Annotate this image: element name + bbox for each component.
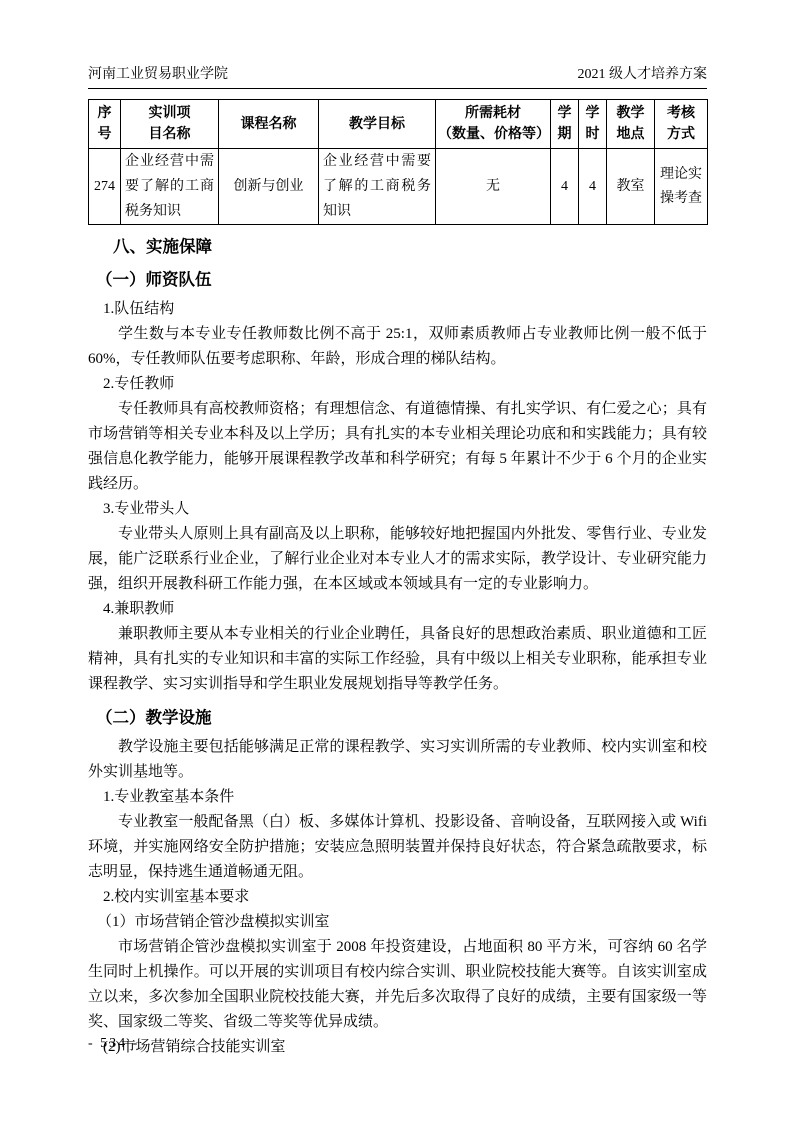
table-header-row: 序 号 实训项 目名称 课程名称 教学目标 所需耗材 （数量、价格等） 学 期 … <box>89 100 708 149</box>
item-classroom-conditions: 1.专业教室基本条件 <box>88 785 707 810</box>
subitem-sandbox-training-room: （1）市场营销企管沙盘模拟实训室 <box>88 910 707 935</box>
item-team-structure: 1.队伍结构 <box>88 297 707 322</box>
cell-project-name: 企业经营中需要了解的工商税务知识 <box>121 149 219 225</box>
item-fulltime-teachers: 2.专任教师 <box>88 372 707 397</box>
col-header-teaching-objective: 教学目标 <box>319 100 436 149</box>
subsection-heading-faculty: （一）师资队伍 <box>88 267 707 292</box>
col-header-assessment: 考核 方式 <box>655 100 708 149</box>
col-header-project-name: 实训项 目名称 <box>121 100 219 149</box>
school-name: 河南工业贸易职业学院 <box>88 66 228 83</box>
col-header-no: 序 号 <box>89 100 121 149</box>
para-sandbox-training-room: 市场营销企管沙盘模拟实训室于 2008 年投资建设，占地面积 80 平方米，可容… <box>88 935 707 1035</box>
cell-no: 274 <box>89 149 121 225</box>
para-classroom-conditions: 专业教室一般配备黑（白）板、多媒体计算机、投影设备、音响设备，互联网接入或 Wi… <box>88 810 707 885</box>
cell-materials: 无 <box>436 149 551 225</box>
col-header-materials: 所需耗材 （数量、价格等） <box>436 100 551 149</box>
cell-course-name: 创新与创业 <box>219 149 319 225</box>
para-teaching-facilities-intro: 教学设施主要包括能够满足正常的课程教学、实习实训所需的专业教师、校内实训室和校外… <box>88 735 707 785</box>
program-title: 2021 级人才培养方案 <box>578 66 708 83</box>
para-program-leader: 专业带头人原则上具有副高及以上职称，能够较好地把握国内外批发、零售行业、专业发展… <box>88 522 707 597</box>
col-header-semester: 学 期 <box>551 100 579 149</box>
para-team-structure: 学生数与本专业专任教师数比例不高于 25:1，双师素质教师占专业教师比例一般不低… <box>88 322 707 372</box>
document-page: 河南工业贸易职业学院 2021 级人才培养方案 序 号 实训项 目名称 课程名称… <box>0 0 793 1060</box>
document-body: 八、实施保障 （一）师资队伍 1.队伍结构 学生数与本专业专任教师数比例不高于 … <box>88 234 707 1060</box>
cell-teaching-objective: 企业经营中需要了解的工商税务知识 <box>319 149 436 225</box>
page-number: - 534 - <box>88 1036 139 1052</box>
cell-location: 教室 <box>607 149 655 225</box>
col-header-location: 教学 地点 <box>607 100 655 149</box>
subsection-heading-teaching-facilities: （二）教学设施 <box>88 705 707 730</box>
cell-hours: 4 <box>579 149 607 225</box>
item-parttime-teachers: 4.兼职教师 <box>88 597 707 622</box>
cell-semester: 4 <box>551 149 579 225</box>
cell-assessment: 理论实操考查 <box>655 149 708 225</box>
subitem-marketing-skills-training-room: (2)市场营销综合技能实训室 <box>88 1035 707 1060</box>
training-projects-table: 序 号 实训项 目名称 课程名称 教学目标 所需耗材 （数量、价格等） 学 期 … <box>88 99 708 225</box>
running-header: 河南工业贸易职业学院 2021 级人才培养方案 <box>88 66 707 89</box>
para-parttime-teachers: 兼职教师主要从本专业相关的行业企业聘任，具备良好的思想政治素质、职业道德和工匠精… <box>88 622 707 697</box>
col-header-course-name: 课程名称 <box>219 100 319 149</box>
para-fulltime-teachers: 专任教师具有高校教师资格；有理想信念、有道德情操、有扎实学识、有仁爱之心；具有市… <box>88 397 707 497</box>
table-row: 274 企业经营中需要了解的工商税务知识 创新与创业 企业经营中需要了解的工商税… <box>89 149 708 225</box>
item-program-leader: 3.专业带头人 <box>88 497 707 522</box>
item-campus-training-room-requirements: 2.校内实训室基本要求 <box>88 885 707 910</box>
section-heading-implementation-guarantee: 八、实施保障 <box>88 234 707 259</box>
col-header-hours: 学 时 <box>579 100 607 149</box>
